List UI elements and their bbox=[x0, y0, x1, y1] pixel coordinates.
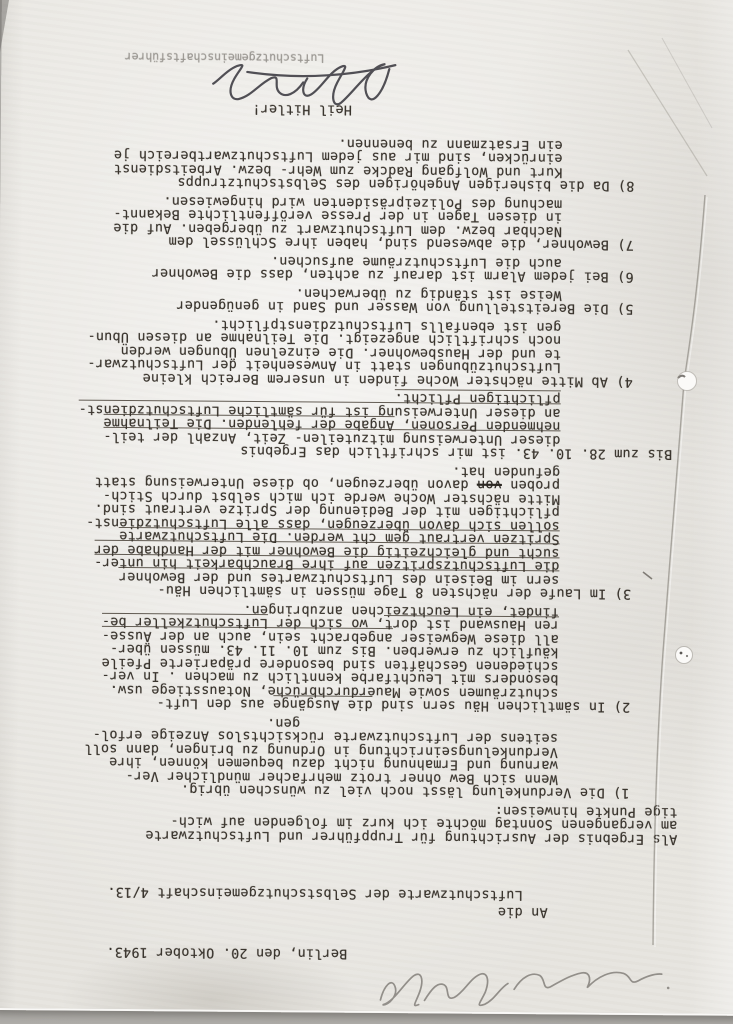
text-segment: 2) In sämtlichen Häu sern sind bbox=[373, 697, 631, 714]
text-segment: gefunden hat. bbox=[452, 464, 560, 480]
text-segment: auch die Luftschutzräume aufsuchen. bbox=[271, 253, 562, 270]
hand-underline-segment: pflichtigen Pflicht. bbox=[394, 389, 560, 407]
text-segment: all diese Wegweiser bbox=[393, 630, 559, 646]
date-line: Berlin, den 20. Oktober 1943. bbox=[106, 944, 347, 959]
document-body: Als Ergebnis der Ausrichtung für Truppfü… bbox=[27, 134, 683, 846]
text-segment: davon überzeugen, ob diese Unterweisung … bbox=[95, 474, 477, 492]
text-segment: findet, ein Leuchtzeichen anzubringen. bbox=[243, 602, 559, 619]
paper-sheet: Berlin, den 20. Oktober 1943. An die Luf… bbox=[0, 0, 733, 1016]
pencil-signature bbox=[371, 950, 673, 1020]
text-segment: gen ist ebenfalls Luftschutzdienstpflich… bbox=[212, 317, 561, 335]
text-segment: aus den Luft- bbox=[156, 696, 272, 712]
text-segment: gen. bbox=[267, 715, 300, 730]
overstruck-segment: von bbox=[477, 477, 502, 492]
ink-signature bbox=[209, 60, 399, 123]
document-content: Berlin, den 20. Oktober 1943. An die Luf… bbox=[0, 0, 733, 1014]
text-segment: Weise ist ständig zu überwachen. bbox=[296, 285, 562, 302]
text-segment: ein Ersatzmann zu benennen. bbox=[338, 136, 563, 153]
recipient-line-1: An die bbox=[498, 904, 548, 918]
text-segment: machung des Polizeipräsidenten wird hing… bbox=[163, 193, 562, 211]
scanned-letter-page: Berlin, den 20. Oktober 1943. An die Luf… bbox=[0, 0, 733, 1024]
text-segment: proben bbox=[502, 477, 560, 492]
signer-title-line: Luftschutzgemeinschaftsführer bbox=[125, 49, 325, 64]
recipient-line-2: Luftschutzwarte der Selbstschutzgemeinsc… bbox=[107, 884, 523, 901]
text-segment: , wo sich der bbox=[268, 616, 384, 632]
text-segment: tige Punkte hinweisen: bbox=[495, 803, 678, 819]
